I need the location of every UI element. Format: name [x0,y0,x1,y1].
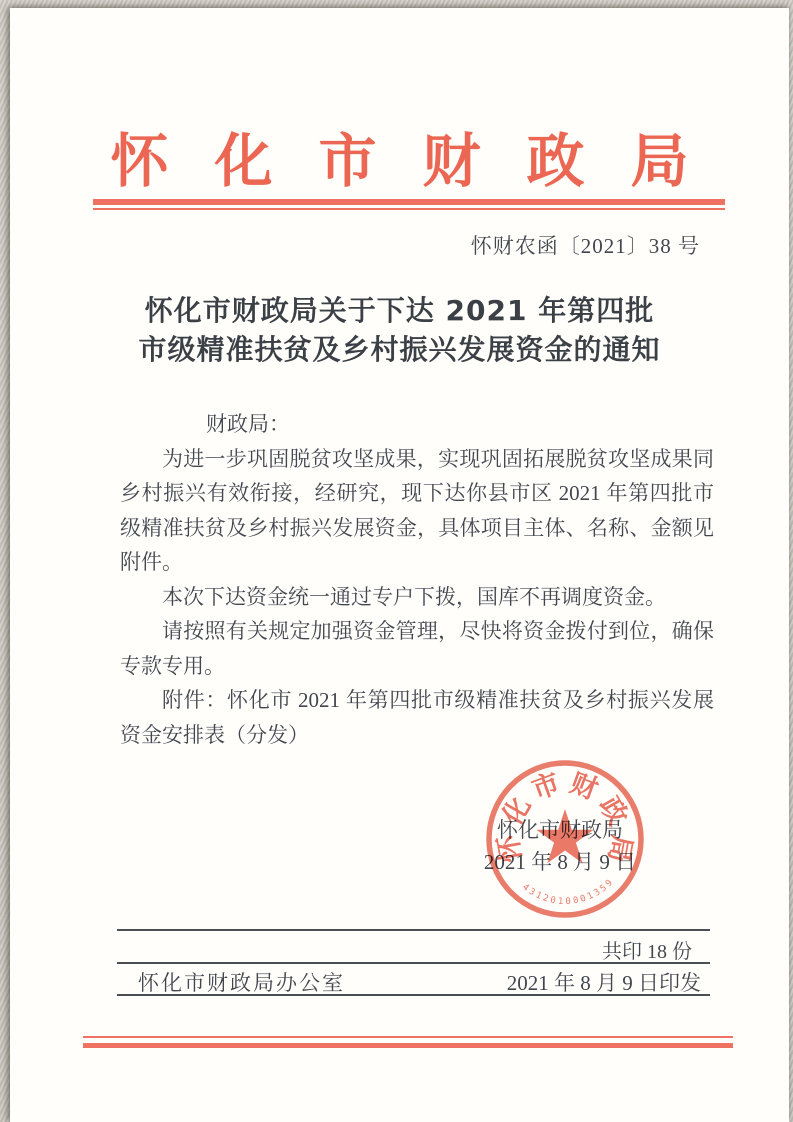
document-body: 财政局： 为进一步巩固脱贫攻坚成果，实现巩固拓展脱贫攻坚成果同乡村振兴有效衔接，… [120,407,714,752]
footer-divider-top [117,929,710,931]
document-page: 怀化市财政局 怀财农函〔2021〕38 号 怀化市财政局关于下达 2021 年第… [10,8,789,1122]
body-paragraph: 为进一步巩固脱贫攻坚成果，实现巩固拓展脱贫攻坚成果同乡村振兴有效衔接，经研究，现… [120,442,714,580]
issuing-office: 怀化市财政局办公室 [138,967,345,997]
header-red-rule-thin [93,208,725,210]
seal-arc-char: 市 [528,768,564,806]
footer-divider-bottom [117,994,710,996]
salutation: 财政局： [120,407,714,442]
footer-red-rule [83,1036,733,1048]
seal-serial-number: 4312010001359 [520,876,617,907]
body-paragraph: 本次下达资金统一通过专户下拨，国库不再调度资金。 [120,580,714,615]
document-number: 怀财农函〔2021〕38 号 [471,230,700,260]
attachment-note: 附件：怀化市 2021 年第四批市级精准扶贫及乡村振兴发展资金安排表（分发） [120,683,714,752]
signature-date: 2021 年 8 月 9 日 [468,846,652,878]
document-title-line1: 怀化市财政局关于下达 2021 年第四批 [10,291,789,330]
scanned-document-background: { "colors": { "header_red": "#ec6753", "… [0,0,793,1122]
footer-divider-middle [117,962,710,964]
print-copies-count: 共印 18 份 [602,935,692,964]
document-title-line2: 市级精准扶贫及乡村振兴发展资金的通知 [10,330,789,369]
signature-org: 怀化市财政局 [468,814,652,846]
header-red-rule [93,199,725,210]
seal-arc-char: 财 [566,768,602,806]
print-date: 2021 年 8 月 9 日印发 [507,967,701,997]
agency-masthead-title: 怀化市财政局 [10,114,789,198]
footer-red-rule-thick [83,1043,733,1048]
body-paragraph: 请按照有关规定加强资金管理，尽快将资金拨付到位，确保专款专用。 [120,614,714,683]
document-title: 怀化市财政局关于下达 2021 年第四批 市级精准扶贫及乡村振兴发展资金的通知 [10,291,789,369]
signature-block: 怀化市财政局 2021 年 8 月 9 日 [468,814,652,878]
